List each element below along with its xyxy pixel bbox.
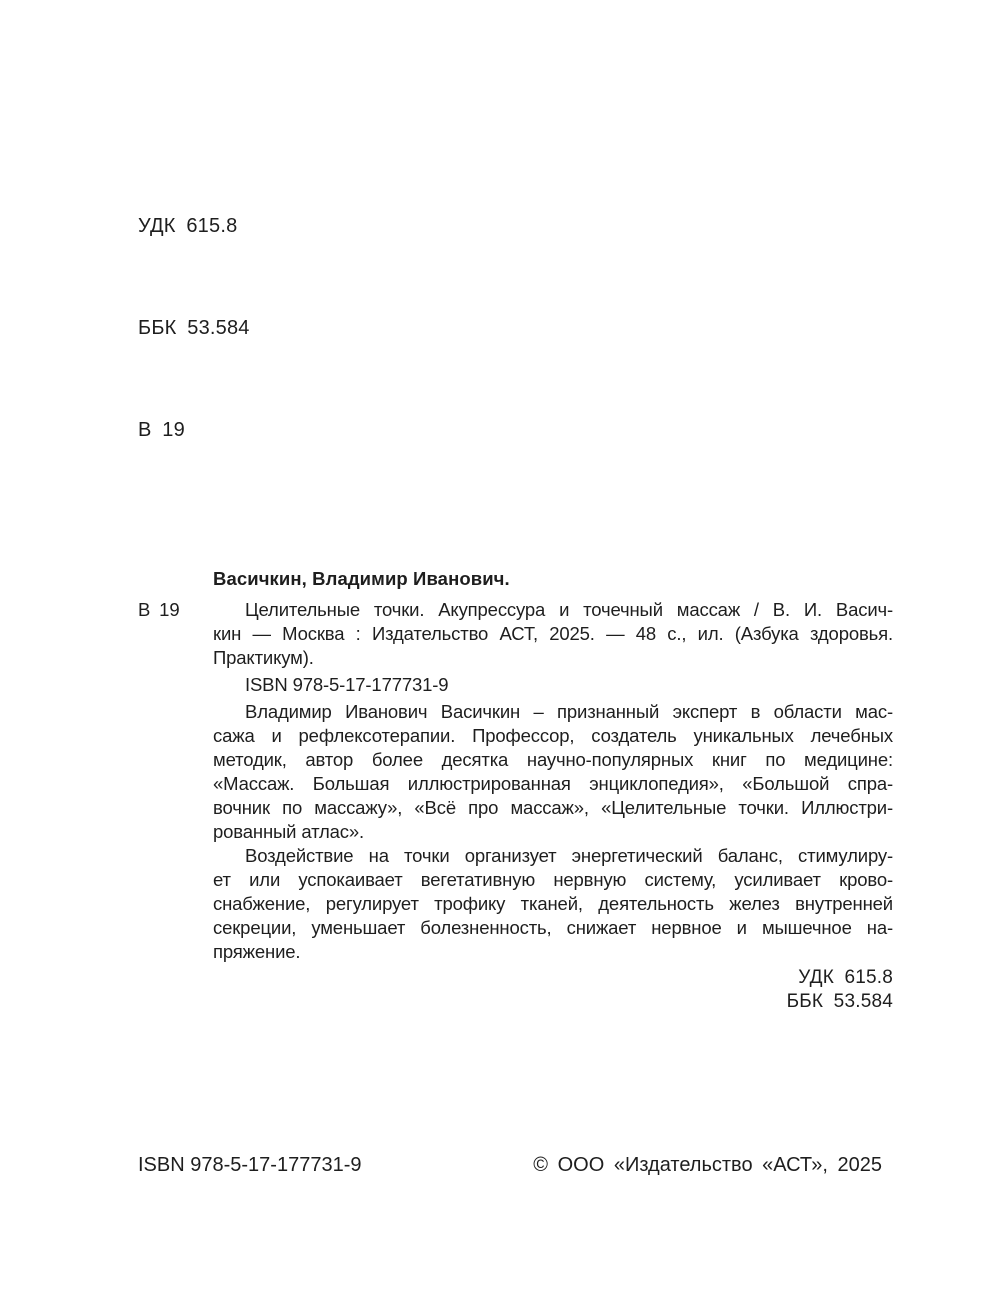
about-author-line: рованный атлас».	[213, 820, 893, 844]
isbn-catalog: ISBN 978-5-17-177731-9	[213, 673, 893, 697]
imprint-page: УДК 615.8 ББК 53.584 В 19 В 19 Васичкин,…	[0, 0, 986, 1299]
about-author-line: «Массаж. Большая иллюстрированная энцикл…	[213, 772, 893, 796]
bib-line: кин — Москва : Издательство АСТ, 2025. —…	[213, 622, 893, 646]
about-author-line: Владимир Иванович Васичкин – признанный …	[213, 700, 893, 724]
bbk-code-right: ББК 53.584	[213, 990, 893, 1014]
author-heading: Васичкин, Владимир Иванович.	[213, 567, 893, 591]
bib-line: Практикум).	[213, 646, 893, 670]
author-sign-margin-code: В 19	[138, 598, 179, 622]
author-sign-code: В 19	[138, 413, 250, 447]
annotation-line: снабжение, регулирует трофику тканей, де…	[213, 892, 893, 916]
udk-code: УДК 615.8	[138, 209, 250, 243]
annotation-line: секреции, уменьшает болезненность, снижа…	[213, 916, 893, 940]
bib-line: Целительные точки. Акупрессура и точечны…	[213, 598, 893, 622]
annotation-line: Воздействие на точки организует энергети…	[213, 844, 893, 868]
footer-copyright: © ООО «Издательство «АСТ», 2025	[533, 1152, 882, 1178]
about-author-line: вочник по массажу», «Всё про массаж», «Ц…	[213, 796, 893, 820]
right-codes-block: УДК 615.8 ББК 53.584	[213, 966, 893, 1014]
catalog-card: В 19 Васичкин, Владимир Иванович. Целите…	[213, 567, 893, 1014]
footer-isbn: ISBN 978-5-17-177731-9	[138, 1152, 361, 1178]
about-author-line: методик, автор более десятка научно-попу…	[213, 748, 893, 772]
udk-code-right: УДК 615.8	[213, 966, 893, 990]
annotation-line: ет или успокаивает вегетативную нервную …	[213, 868, 893, 892]
annotation-line: пряжение.	[213, 940, 893, 964]
about-author-line: сажа и рефлексотерапии. Профессор, созда…	[213, 724, 893, 748]
classification-block: УДК 615.8 ББК 53.584 В 19	[138, 141, 250, 515]
bbk-code: ББК 53.584	[138, 311, 250, 345]
